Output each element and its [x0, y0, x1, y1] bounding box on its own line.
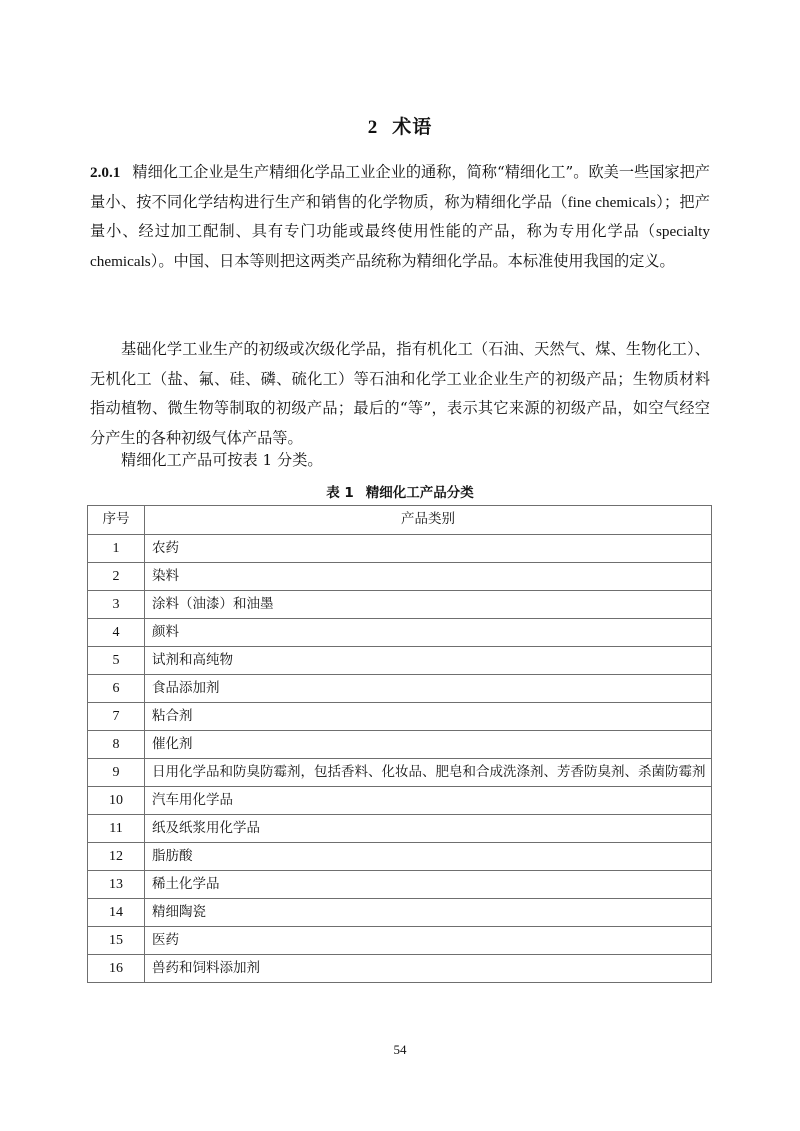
row-category: 脂肪酸: [145, 843, 712, 871]
row-number: 3: [88, 591, 145, 619]
section-number: 2: [368, 117, 379, 138]
row-category: 颜料: [145, 619, 712, 647]
row-number: 2: [88, 563, 145, 591]
section-title-text: 术语: [392, 116, 432, 138]
row-category: 试剂和高纯物: [145, 647, 712, 675]
row-number: 13: [88, 871, 145, 899]
row-number: 4: [88, 619, 145, 647]
section-heading: 2术语: [0, 112, 800, 139]
row-category: 染料: [145, 563, 712, 591]
table-row: 6食品添加剂: [88, 675, 712, 703]
row-number: 7: [88, 703, 145, 731]
row-number: 12: [88, 843, 145, 871]
header-category: 产品类别: [145, 506, 712, 535]
clause-number: 2.0.1: [90, 164, 120, 181]
row-category: 汽车用化学品: [145, 787, 712, 815]
table-caption-title: 精细化工产品分类: [366, 485, 474, 501]
paragraph-text: 基础化学工业生产的初级或次级化学品，指有机化工（石油、天然气、煤、生物化工）、无…: [90, 335, 710, 453]
table-row: 8催化剂: [88, 731, 712, 759]
row-category: 食品添加剂: [145, 675, 712, 703]
row-number: 9: [88, 759, 145, 787]
row-category: 兽药和饲料添加剂: [145, 955, 712, 983]
row-category: 农药: [145, 535, 712, 563]
document-page: 2术语 2.0.1精细化工企业是生产精细化学品工业企业的通称，简称“精细化工”。…: [0, 0, 800, 1131]
table-row: 7粘合剂: [88, 703, 712, 731]
term-fine-chemicals: fine chemicals: [568, 194, 656, 211]
paragraph-basic-chemicals: 基础化学工业生产的初级或次级化学品，指有机化工（石油、天然气、煤、生物化工）、无…: [90, 335, 710, 453]
table-row: 13稀土化学品: [88, 871, 712, 899]
table-row: 2染料: [88, 563, 712, 591]
row-category: 日用化学品和防臭防霉剂，包括香料、化妆品、肥皂和合成洗涤剂、芳香防臭剂、杀菌防霉…: [145, 759, 712, 787]
row-number: 1: [88, 535, 145, 563]
row-number: 14: [88, 899, 145, 927]
row-number: 15: [88, 927, 145, 955]
table-row: 10汽车用化学品: [88, 787, 712, 815]
table-caption-number: 表 1: [326, 485, 354, 501]
row-number: 8: [88, 731, 145, 759]
table-caption: 表 1精细化工产品分类: [0, 481, 800, 501]
table-row: 11纸及纸浆用化学品: [88, 815, 712, 843]
table-row: 15医药: [88, 927, 712, 955]
page-number: 54: [0, 1042, 800, 1058]
table-row: 16兽药和饲料添加剂: [88, 955, 712, 983]
table-row: 1农药: [88, 535, 712, 563]
table-row: 9日用化学品和防臭防霉剂，包括香料、化妆品、肥皂和合成洗涤剂、芳香防臭剂、杀菌防…: [88, 759, 712, 787]
row-category: 医药: [145, 927, 712, 955]
row-category: 粘合剂: [145, 703, 712, 731]
row-category: 催化剂: [145, 731, 712, 759]
row-number: 11: [88, 815, 145, 843]
paragraph-definition-2-0-1: 2.0.1精细化工企业是生产精细化学品工业企业的通称，简称“精细化工”。欧美一些…: [90, 158, 710, 276]
header-number: 序号: [88, 506, 145, 535]
table-row: 3涂料（油漆）和油墨: [88, 591, 712, 619]
row-number: 10: [88, 787, 145, 815]
table-row: 12脂肪酸: [88, 843, 712, 871]
table-row: 14精细陶瓷: [88, 899, 712, 927]
row-category: 精细陶瓷: [145, 899, 712, 927]
row-category: 稀土化学品: [145, 871, 712, 899]
table-row: 4颜料: [88, 619, 712, 647]
table-row: 5试剂和高纯物: [88, 647, 712, 675]
paragraph-table-reference: 精细化工产品可按表 1 分类。: [90, 446, 710, 476]
row-category: 纸及纸浆用化学品: [145, 815, 712, 843]
row-number: 5: [88, 647, 145, 675]
product-classification-table: 序号 产品类别 1农药 2染料 3涂料（油漆）和油墨 4颜料 5试剂和高纯物 6…: [87, 505, 712, 983]
row-category: 涂料（油漆）和油墨: [145, 591, 712, 619]
table-header-row: 序号 产品类别: [88, 506, 712, 535]
paragraph-text-c: ）。中国、日本等则把这两类产品统称为精细化学品。本标准使用我国的定义。: [151, 252, 675, 270]
paragraph-text: 精细化工产品可按表 1 分类。: [90, 446, 710, 476]
row-number: 6: [88, 675, 145, 703]
row-number: 16: [88, 955, 145, 983]
